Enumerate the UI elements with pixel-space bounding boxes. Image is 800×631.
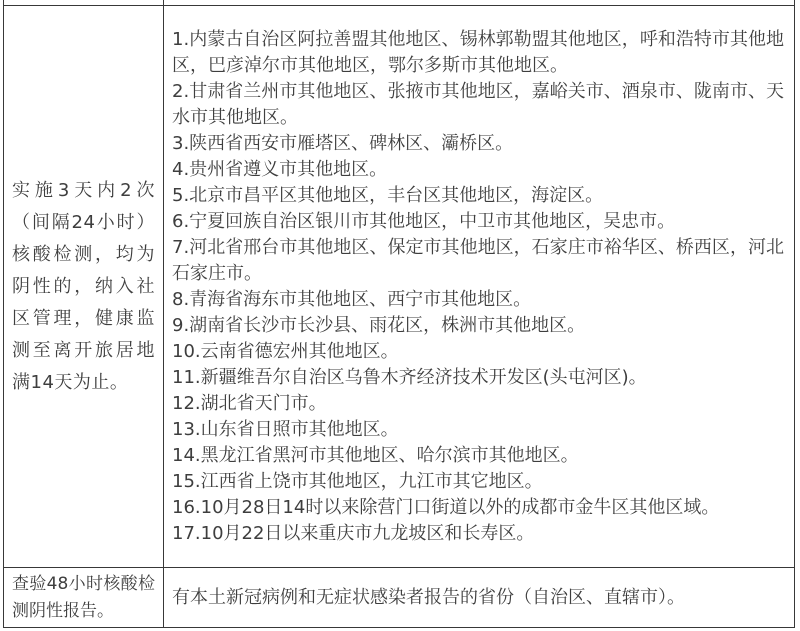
region-item: 17.10月22日以来重庆市九龙坡区和长寿区。: [172, 521, 784, 547]
region-item: 14.黑龙江省黑河市其他地区、哈尔滨市其他地区。: [172, 443, 784, 469]
policy-cell: 实施3天内2次（间隔24小时）核酸检测，均为阴性的，纳入社区管理，健康监测至离开…: [4, 6, 164, 567]
region-item: 10.云南省德宏州其他地区。: [172, 339, 784, 365]
region-item: 9.湖南省长沙市长沙县、雨花区，株洲市其他地区。: [172, 313, 784, 339]
table-row-main: 实施3天内2次（间隔24小时）核酸检测，均为阴性的，纳入社区管理，健康监测至离开…: [4, 5, 794, 567]
region-item: 8.青海省海东市其他地区、西宁市其他地区。: [172, 287, 784, 313]
region-item: 16.10月28日14时以来除营门口街道以外的成都市金牛区其他区域。: [172, 495, 784, 521]
policy-table: 实施3天内2次（间隔24小时）核酸检测，均为阴性的，纳入社区管理，健康监测至离开…: [3, 0, 795, 628]
region-item: 11.新疆维吾尔自治区乌鲁木齐经济技术开发区(头屯河区)。: [172, 365, 784, 391]
region-item: 1.内蒙古自治区阿拉善盟其他地区、锡林郭勒盟其他地区，呼和浩特市其他地区，巴彦淖…: [172, 27, 784, 79]
policy-text: 实施3天内2次（间隔24小时）核酸检测，均为阴性的，纳入社区管理，健康监测至离开…: [12, 175, 155, 399]
region-item: 4.贵州省遵义市其他地区。: [172, 157, 784, 183]
table-row-footer: 查验48小时核酸检测阴性报告。 有本土新冠病例和无症状感染者报告的省份（自治区、…: [4, 567, 794, 627]
region-item: 15.江西省上饶市其他地区，九江市其它地区。: [172, 469, 784, 495]
region-item: 5.北京市昌平区其他地区，丰台区其他地区，海淀区。: [172, 183, 784, 209]
footer-scope-text: 有本土新冠病例和无症状感染者报告的省份（自治区、直辖市）。: [172, 585, 685, 611]
region-item: 6.宁夏回族自治区银川市其他地区，中卫市其他地区，吴忠市。: [172, 209, 784, 235]
footer-requirement-text: 查验48小时核酸检测阴性报告。: [12, 571, 155, 625]
footer-requirement-cell: 查验48小时核酸检测阴性报告。: [4, 568, 164, 627]
footer-scope-cell: 有本土新冠病例和无症状感染者报告的省份（自治区、直辖市）。: [164, 568, 794, 627]
region-item: 3.陕西省西安市雁塔区、碑林区、灞桥区。: [172, 131, 784, 157]
region-list: 1.内蒙古自治区阿拉善盟其他地区、锡林郭勒盟其他地区，呼和浩特市其他地区，巴彦淖…: [164, 6, 794, 567]
region-item: 12.湖北省天门市。: [172, 391, 784, 417]
region-item: 13.山东省日照市其他地区。: [172, 417, 784, 443]
region-item: 2.甘肃省兰州市其他地区、张掖市其他地区，嘉峪关市、酒泉市、陇南市、天水市其他地…: [172, 79, 784, 131]
region-item: 7.河北省邢台市其他地区、保定市其他地区，石家庄市裕华区、桥西区，河北石家庄市。: [172, 235, 784, 287]
